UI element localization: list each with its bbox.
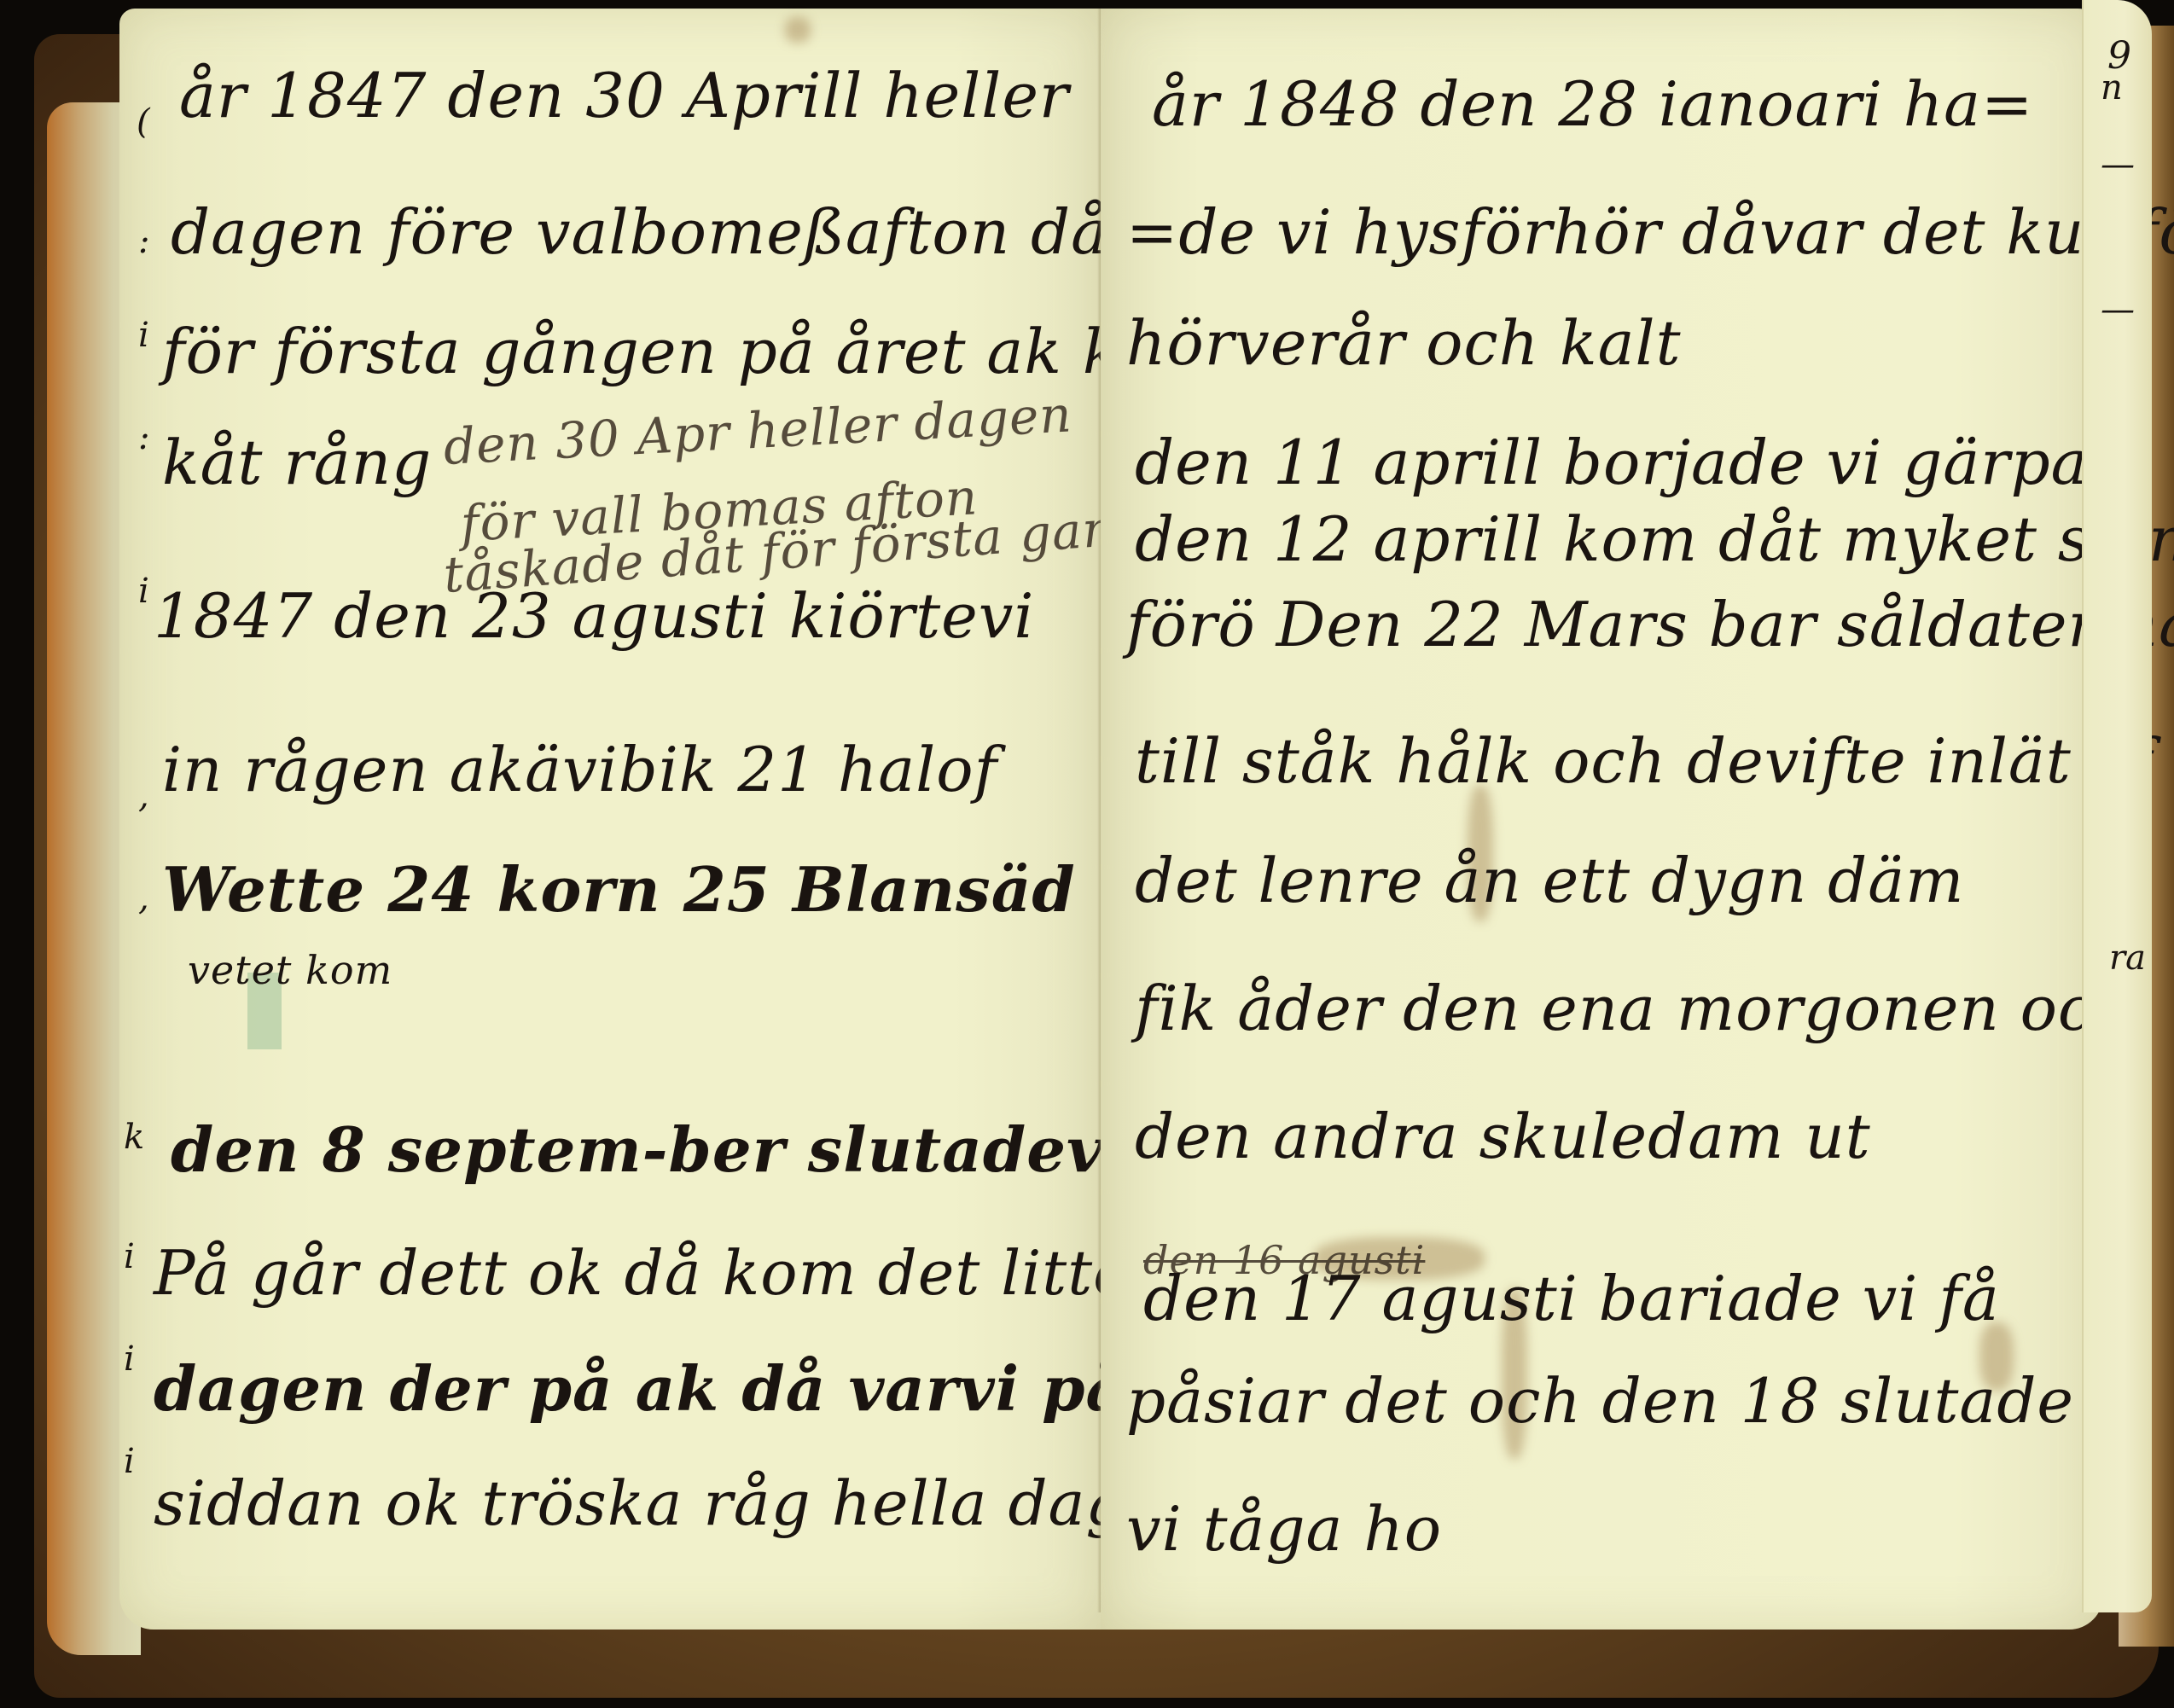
margin-mark: i — [124, 1237, 135, 1276]
text-line: den 12 aprill kom dåt myket so nö — [1135, 503, 2174, 575]
text-line: den 11 aprill borjade vi gärpa — [1135, 427, 2089, 498]
margin-mark: ra — [2109, 938, 2146, 978]
text-line: vetet kom — [188, 947, 392, 993]
text-line: vi tåga ho — [1126, 1493, 1442, 1565]
margin-mark: k — [124, 1118, 144, 1157]
margin-mark: i — [138, 316, 149, 355]
text-line: Wette 24 korn 25 Blansäd — [162, 853, 1076, 926]
text-line: =de vi hysförhör dåvar det kur för — [1126, 196, 2174, 268]
text-line: 1847 den 23 agusti kiörtevi — [154, 580, 1034, 652]
text-line: till ståk hålk och devifte inlät af — [1135, 725, 2153, 797]
text-line: kåt rång — [162, 427, 432, 498]
margin-mark: i — [124, 1339, 135, 1379]
margin-mark: — — [2101, 290, 2135, 329]
text-line: in rågen akävibik 21 halof — [162, 734, 997, 805]
margin-mark: : — [138, 222, 149, 261]
text-line: den 17 agusti bariade vi få — [1143, 1263, 2000, 1334]
left-page: ( : i : i , , k i i i år 1847 den 30 Apr… — [119, 9, 1101, 1630]
text-line: år 1848 den 28 ianoari ha= — [1152, 68, 2033, 140]
page-number: 9 — [2107, 34, 2131, 78]
text-line: år 1847 den 30 Aprill heller — [179, 60, 1069, 131]
text-line: förö Den 22 Mars bar såldater na af — [1126, 589, 2174, 660]
margin-mark: i — [138, 572, 149, 611]
text-line: hörverår och kalt — [1126, 307, 1682, 379]
margin-mark: — — [2101, 145, 2135, 184]
margin-mark: , — [138, 879, 149, 918]
text-line: siddan ok tröska råg hella dagen — [154, 1467, 1204, 1539]
margin-mark: , — [138, 776, 149, 816]
margin-mark: i — [124, 1442, 135, 1481]
page-fore-edge: n — — ra — [2082, 0, 2152, 1612]
text-line: fik åder den ena morgonen och — [1135, 973, 2134, 1044]
right-page: år 1848 den 28 ianoari ha= =de vi hysför… — [1101, 9, 2103, 1630]
margin-mark: ( — [137, 102, 150, 142]
text-line: den andra skuledam ut — [1135, 1101, 1871, 1172]
margin-mark: : — [138, 418, 149, 457]
text-line: det lenre ån ett dygn däm — [1135, 845, 1964, 916]
text-line: påsiar det och den 18 slutade — [1126, 1365, 2074, 1437]
text-line-annotation: den 30 Apr heller dagen — [442, 385, 1073, 476]
ink-spot — [785, 17, 811, 43]
